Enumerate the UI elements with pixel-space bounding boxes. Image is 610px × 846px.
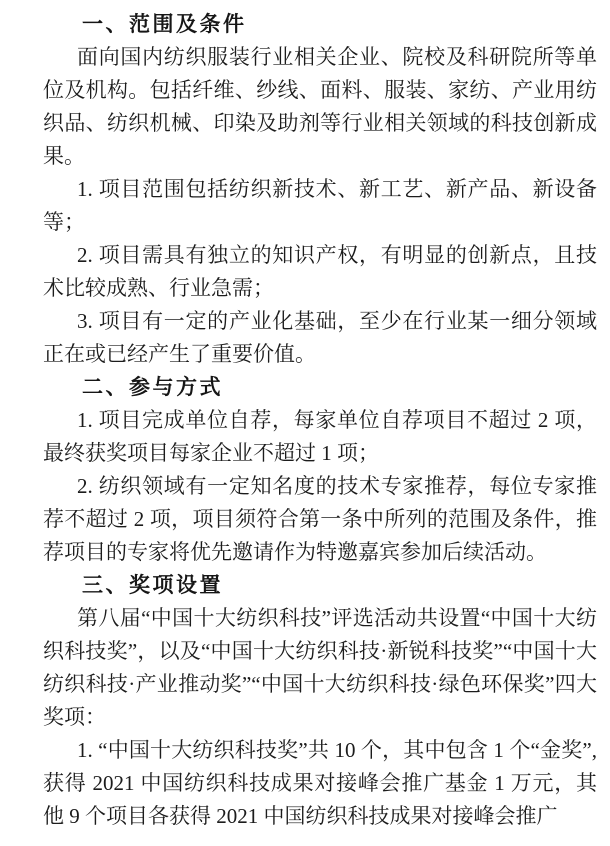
paragraph: 面向国内纺织服装行业相关企业、院校及科研院所等单位及机构。包括纤维、纱线、面料、… xyxy=(43,41,597,173)
paragraph: 第八届“中国十大纺织科技”评选活动共设置“中国十大纺织科技奖”，以及“中国十大纺… xyxy=(43,602,597,734)
numbered-item: 1. “中国十大纺织科技奖”共 10 个，其中包含 1 个“金奖”,获得 202… xyxy=(43,734,597,833)
section-award-setup: 三、奖项设置 第八届“中国十大纺织科技”评选活动共设置“中国十大纺织科技奖”，以… xyxy=(43,569,597,833)
numbered-item: 2. 纺织领域有一定知名度的技术专家推荐，每位专家推荐不超过 2 项，项目须符合… xyxy=(43,470,597,569)
section-participation-method: 二、参与方式 1. 项目完成单位自荐，每家单位自荐项目不超过 2 项，最终获奖项… xyxy=(43,371,597,569)
document-page: 一、范围及条件 面向国内纺织服装行业相关企业、院校及科研院所等单位及机构。包括纤… xyxy=(0,0,610,846)
numbered-item: 1. 项目完成单位自荐，每家单位自荐项目不超过 2 项，最终获奖项目每家企业不超… xyxy=(43,404,597,470)
section-heading: 一、范围及条件 xyxy=(43,8,597,41)
section-heading: 二、参与方式 xyxy=(43,371,597,404)
numbered-item: 2. 项目需具有独立的知识产权，有明显的创新点，且技术比较成熟、行业急需； xyxy=(43,239,597,305)
numbered-item: 1. 项目范围包括纺织新技术、新工艺、新产品、新设备等； xyxy=(43,173,597,239)
section-heading: 三、奖项设置 xyxy=(43,569,597,602)
numbered-item: 3. 项目有一定的产业化基础，至少在行业某一细分领域正在或已经产生了重要价值。 xyxy=(43,305,597,371)
section-scope-and-conditions: 一、范围及条件 面向国内纺织服装行业相关企业、院校及科研院所等单位及机构。包括纤… xyxy=(43,8,597,371)
